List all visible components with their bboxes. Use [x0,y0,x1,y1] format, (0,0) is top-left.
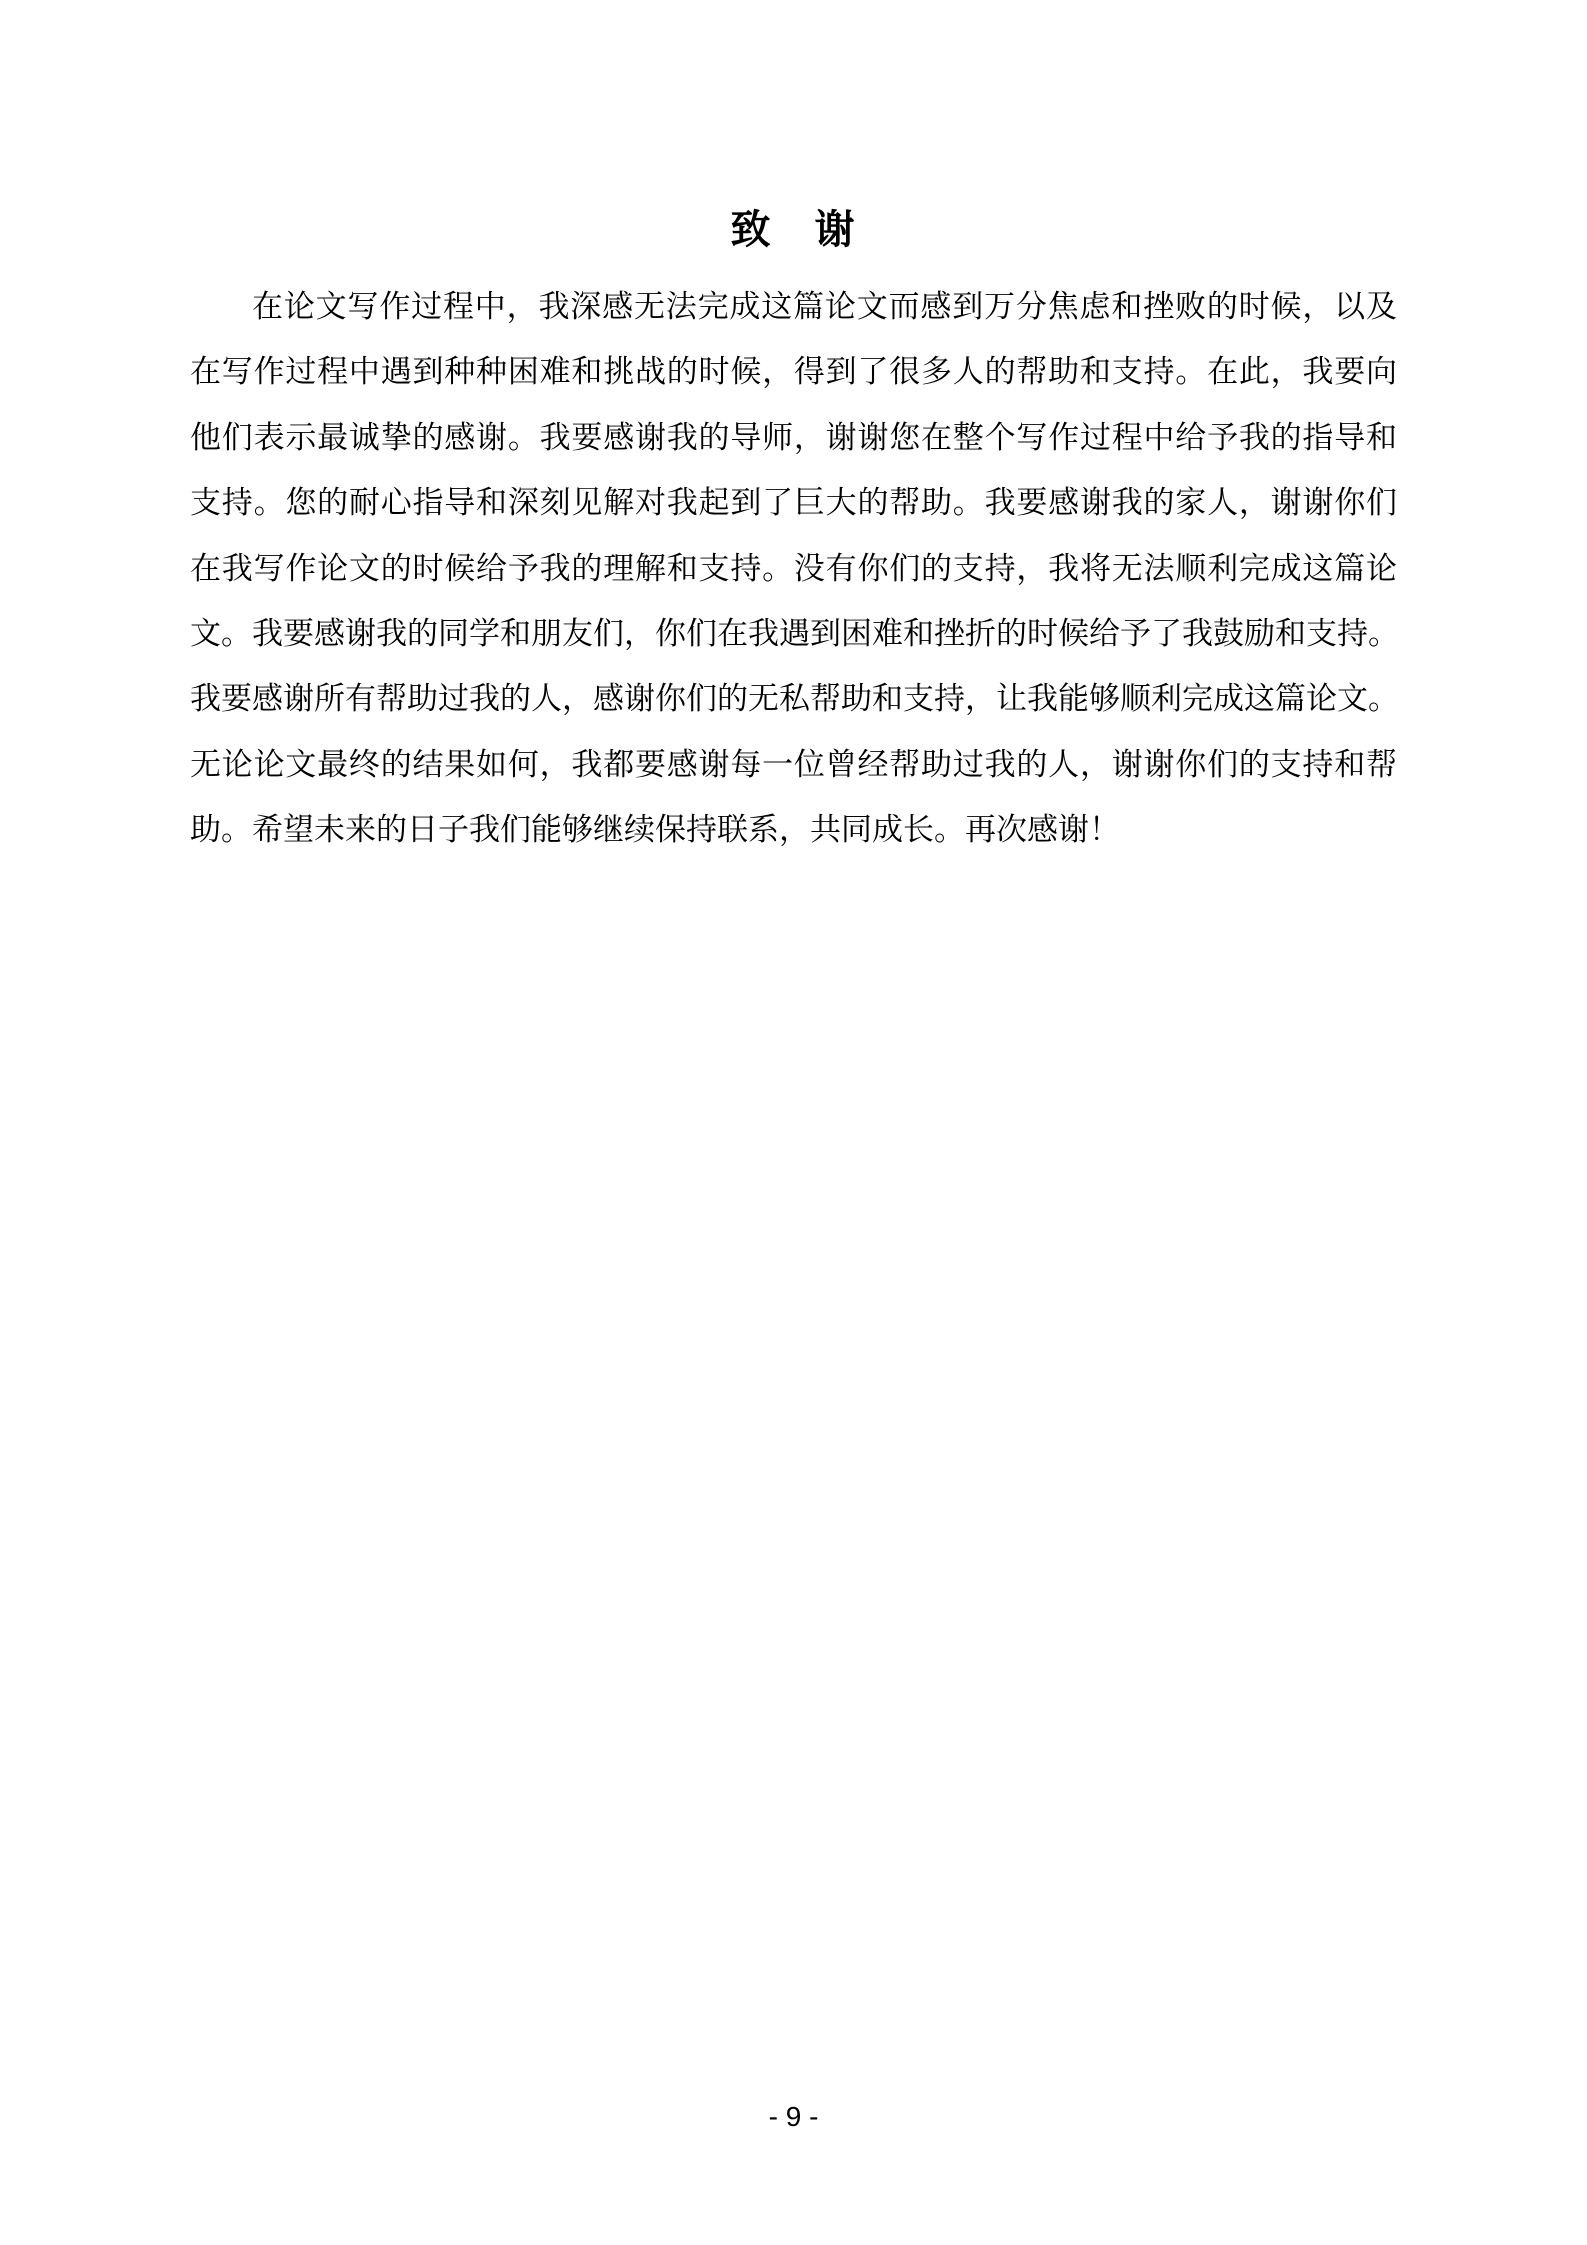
paragraph-line: 文。我要感谢我的同学和朋友们，你们在我遇到困难和挫折的时候给予了我鼓励和支持。 [190,601,1397,666]
paragraph-line: 在论文写作过程中，我深感无法完成这篇论文而感到万分焦虑和挫败的时候，以及 [190,274,1397,339]
acknowledgement-paragraph: 在论文写作过程中，我深感无法完成这篇论文而感到万分焦虑和挫败的时候，以及 在写作… [190,274,1397,863]
paragraph-line: 他们表示最诚挚的感谢。我要感谢我的导师，谢谢您在整个写作过程中给予我的指导和 [190,405,1397,470]
paragraph-line: 助。希望未来的日子我们能够继续保持联系，共同成长。再次感谢！ [190,797,1397,862]
paragraph-line: 在写作过程中遇到种种困难和挑战的时候，得到了很多人的帮助和支持。在此，我要向 [190,339,1397,404]
page-title: 致 谢 [0,202,1587,258]
page-number: - 9 - [0,2097,1587,2137]
document-page: 致 谢 在论文写作过程中，我深感无法完成这篇论文而感到万分焦虑和挫败的时候，以及… [0,0,1587,2245]
paragraph-line: 支持。您的耐心指导和深刻见解对我起到了巨大的帮助。我要感谢我的家人，谢谢你们 [190,470,1397,535]
paragraph-line: 我要感谢所有帮助过我的人，感谢你们的无私帮助和支持，让我能够顺利完成这篇论文。 [190,666,1397,731]
paragraph-line: 无论论文最终的结果如何，我都要感谢每一位曾经帮助过我的人，谢谢你们的支持和帮 [190,732,1397,797]
paragraph-line: 在我写作论文的时候给予我的理解和支持。没有你们的支持，我将无法顺利完成这篇论 [190,536,1397,601]
